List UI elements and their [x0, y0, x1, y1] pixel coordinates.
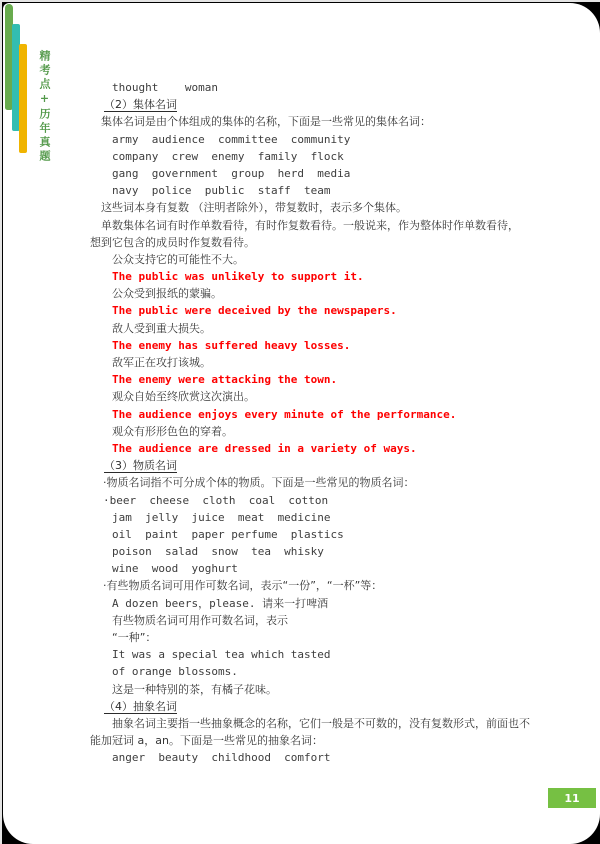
chinese-text-line: “一种”： — [3, 629, 600, 646]
example-sentence-en: The public were deceived by the newspape… — [3, 302, 600, 319]
word-list-line: anger beauty childhood comfort — [3, 749, 600, 766]
chinese-text-line: ·物质名词指不可分成个体的物质。下面是一些常见的物质名词： — [3, 474, 600, 491]
chinese-text-line: 集体名词是由个体组成的集体的名称，下面是一些常见的集体名词： — [3, 113, 600, 130]
page-number-badge: 11 — [548, 788, 596, 808]
example-sentence-en: The public was unlikely to support it. — [3, 268, 600, 285]
word-list-line: jam jelly juice meat medicine — [3, 509, 600, 526]
word-list-line: company crew enemy family flock — [3, 148, 600, 165]
chinese-text-line: 抽象名词主要指一些抽象概念的名称，它们一般是不可数的，没有复数形式，前面也不 — [3, 715, 600, 732]
chinese-text-line: 公众受到报纸的蒙骗。 — [3, 285, 600, 302]
chinese-text-line: 这是一种特别的茶，有橘子花味。 — [3, 681, 600, 698]
word-list-line: poison salad snow tea whisky — [3, 543, 600, 560]
chinese-text-line: 想到它包含的成员时作复数看待。 — [3, 234, 600, 251]
chinese-text-line: 公众支持它的可能性不大。 — [3, 251, 600, 268]
chinese-text-line: ·有些物质名词可用作可数名词，表示“一份”，“一杯”等： — [3, 577, 600, 594]
chinese-text-line: 敌人受到重大损失。 — [3, 320, 600, 337]
word-list-line: gang government group herd media — [3, 165, 600, 182]
chinese-text-line: 能加冠词 a，an。下面是一些常见的抽象名词： — [3, 732, 600, 749]
chinese-text-line: 敌军正在攻打该城。 — [3, 354, 600, 371]
word-list-line: wine wood yoghurt — [3, 560, 600, 577]
word-list-line: It was a special tea which tasted — [3, 646, 600, 663]
book-page: 精考点+历年真题 thought woman（2）集体名词集体名词是由个体组成的… — [3, 3, 600, 844]
chinese-text-line: 观众自始至终欣赏这次演出。 — [3, 388, 600, 405]
section-heading: （2）集体名词 — [3, 96, 600, 113]
word-list-line: army audience committee community — [3, 131, 600, 148]
section-heading: （3）物质名词 — [3, 457, 600, 474]
chinese-text-line: 观众有形形色色的穿着。 — [3, 423, 600, 440]
word-list-line: A dozen beers，please. 请来一打啤酒 — [3, 595, 600, 612]
example-sentence-en: The enemy were attacking the town. — [3, 371, 600, 388]
word-list-line: oil paint paper perfume plastics — [3, 526, 600, 543]
word-list-line: thought woman — [3, 79, 600, 96]
word-list-line: of orange blossoms. — [3, 663, 600, 680]
chinese-text-line: 这些词本身有复数 （注明者除外），带复数时，表示多个集体。 — [3, 199, 600, 216]
word-list-line: navy police public staff team — [3, 182, 600, 199]
example-sentence-en: The audience are dressed in a variety of… — [3, 440, 600, 457]
page-text-content: thought woman（2）集体名词集体名词是由个体组成的集体的名称，下面是… — [3, 79, 600, 767]
section-heading: （4）抽象名词 — [3, 698, 600, 715]
chinese-text-line: 有些物质名词可用作可数名词，表示 — [3, 612, 600, 629]
reader-background: 精考点+历年真题 thought woman（2）集体名词集体名词是由个体组成的… — [2, 2, 600, 844]
word-list-line: ·beer cheese cloth coal cotton — [3, 492, 600, 509]
example-sentence-en: The audience enjoys every minute of the … — [3, 406, 600, 423]
example-sentence-en: The enemy has suffered heavy losses. — [3, 337, 600, 354]
chinese-text-line: 单数集体名词有时作单数看待，有时作复数看待。一般说来，作为整体时作单数看待， — [3, 217, 600, 234]
